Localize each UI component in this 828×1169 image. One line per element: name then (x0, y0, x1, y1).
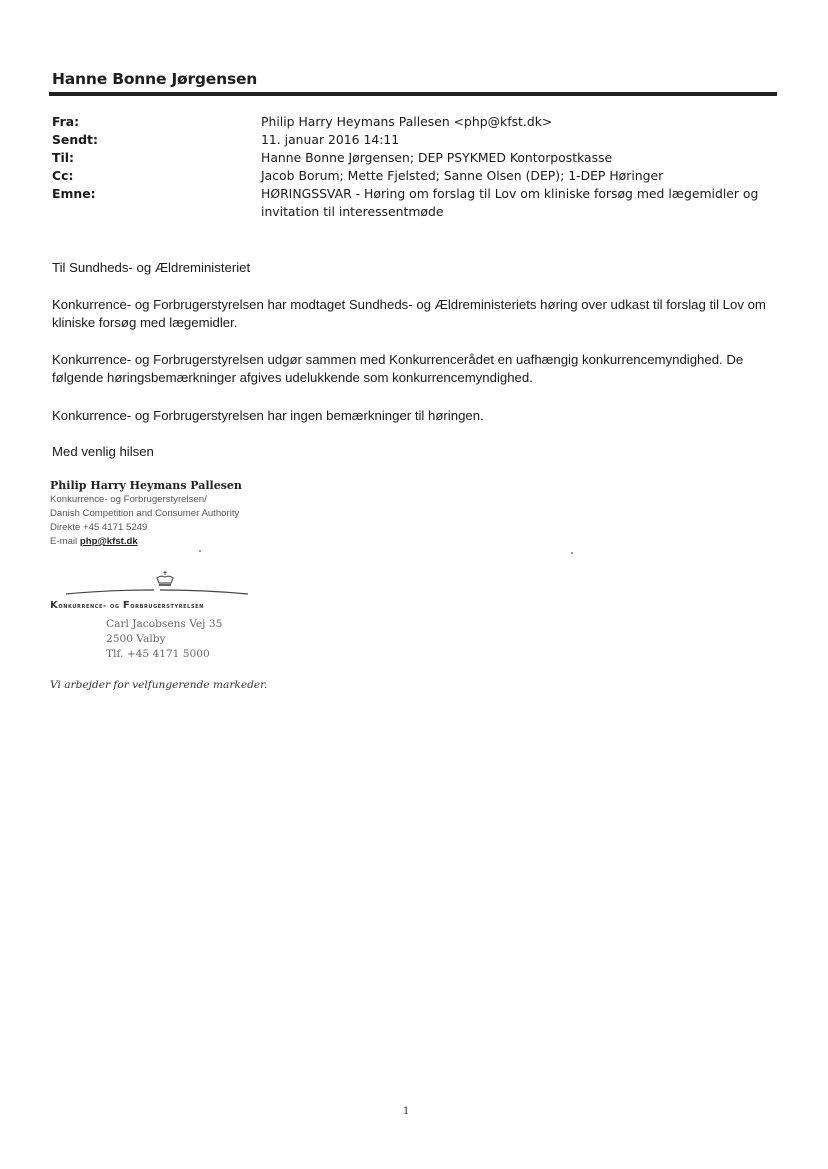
address-street: Carl Jacobsens Vej 35 (106, 617, 222, 632)
header-value-from: Philip Harry Heymans Pallesen <php@kfst.… (261, 113, 782, 131)
scan-speck (571, 552, 573, 554)
signature-block: Philip Harry Heymans Pallesen Konkurrenc… (50, 478, 242, 549)
signature-name: Philip Harry Heymans Pallesen (50, 478, 242, 493)
document-owner-name: Hanne Bonne Jørgensen (52, 70, 257, 88)
header-value-subject: HØRINGSSVAR - Høring om forslag til Lov … (261, 185, 771, 221)
address-phone: Tlf. +45 4171 5000 (106, 647, 222, 662)
body-paragraph: Konkurrence- og Forbrugerstyrelsen udgør… (52, 351, 782, 387)
agency-name: Konkurrence- og Forbrugerstyrelsen (50, 600, 204, 611)
header-row-subject: Emne: HØRINGSSVAR - Høring om forslag ti… (52, 185, 782, 221)
header-value-cc: Jacob Borum; Mette Fjelsted; Sanne Olsen… (261, 167, 782, 185)
signature-email-line: E-mail php@kfst.dk (50, 535, 242, 549)
agency-tagline: Vi arbejder for velfungerende markeder. (50, 679, 267, 691)
salutation: Til Sundheds- og Ældreministeriet (52, 259, 782, 277)
header-label: Cc: (52, 167, 73, 185)
page-number: 1 (403, 1106, 409, 1117)
header-value-sent: 11. januar 2016 14:11 (261, 131, 782, 149)
logo-swoosh (66, 584, 248, 596)
header-label: Fra: (52, 113, 79, 131)
document-page: Hanne Bonne Jørgensen Fra: Philip Harry … (0, 0, 828, 1169)
header-row-cc: Cc: Jacob Borum; Mette Fjelsted; Sanne O… (52, 167, 782, 185)
closing: Med venlig hilsen (52, 443, 782, 461)
header-label: Sendt: (52, 131, 98, 149)
header-row-sent: Sendt: 11. januar 2016 14:11 (52, 131, 782, 149)
header-divider (49, 92, 777, 96)
scan-speck (199, 550, 201, 552)
email-header: Fra: Philip Harry Heymans Pallesen <php@… (52, 113, 782, 221)
header-value-to: Hanne Bonne Jørgensen; DEP PSYKMED Konto… (261, 149, 782, 167)
body-paragraph: Konkurrence- og Forbrugerstyrelsen har m… (52, 296, 772, 332)
signature-email-link[interactable]: php@kfst.dk (80, 536, 138, 547)
header-label: Emne: (52, 185, 96, 203)
address-city: 2500 Valby (106, 632, 222, 647)
signature-email-label: E-mail (50, 536, 80, 547)
signature-phone: Direkte +45 4171 5249 (50, 521, 242, 535)
header-label: Til: (52, 149, 74, 167)
body-paragraph: Konkurrence- og Forbrugerstyrelsen har i… (52, 407, 782, 425)
agency-address: Carl Jacobsens Vej 35 2500 Valby Tlf. +4… (106, 617, 222, 662)
signature-org-english: Danish Competition and Consumer Authorit… (50, 507, 242, 521)
signature-org: Konkurrence- og Forbrugerstyrelsen/ (50, 493, 242, 507)
header-row-from: Fra: Philip Harry Heymans Pallesen <php@… (52, 113, 782, 131)
header-row-to: Til: Hanne Bonne Jørgensen; DEP PSYKMED … (52, 149, 782, 167)
